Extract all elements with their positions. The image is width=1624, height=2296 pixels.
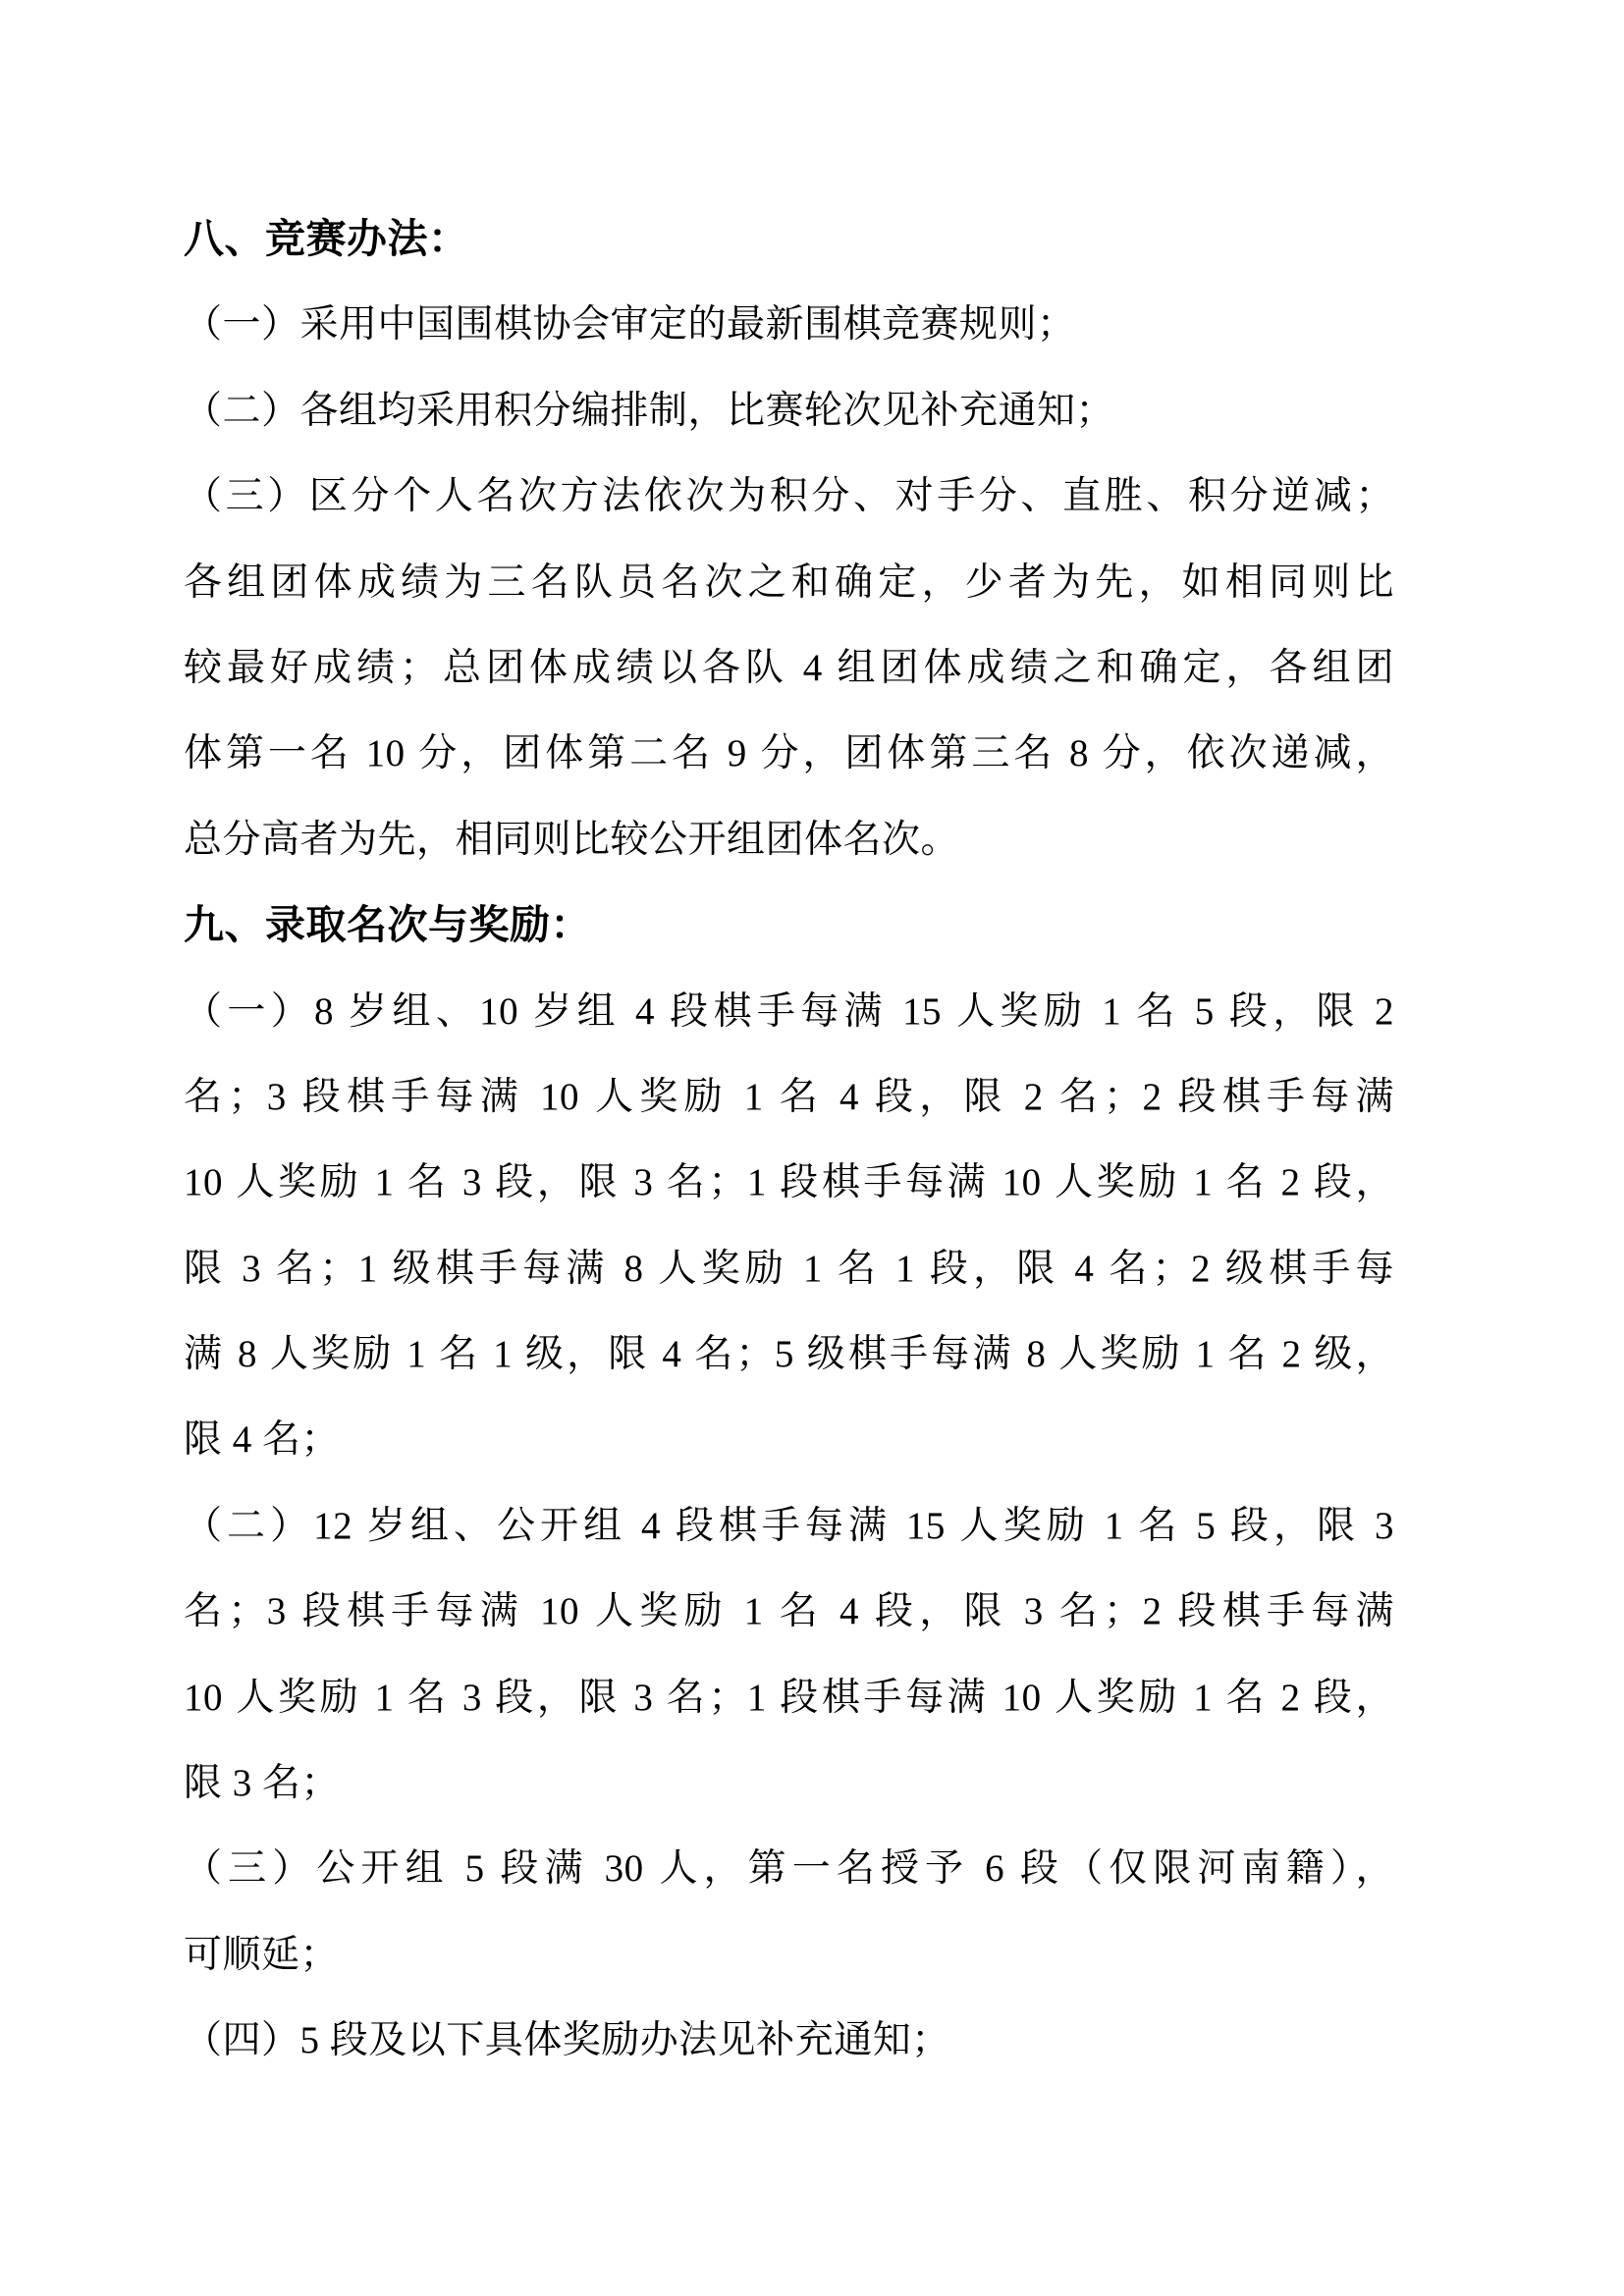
text-line: 可顺延；: [184, 1912, 1394, 1998]
section-heading-competition-method: 八、竞赛办法：: [184, 196, 1394, 282]
text-line: 名；3 段棋手每满 10 人奖励 1 名 4 段，限 2 名；2 段棋手每满: [184, 1054, 1394, 1140]
text-line: （二）12 岁组、公开组 4 段棋手每满 15 人奖励 1 名 5 段，限 3: [184, 1483, 1394, 1569]
text-line: （三）公开组 5 段满 30 人，第一名授予 6 段（仅限河南籍），: [184, 1826, 1394, 1911]
text-line: 满 8 人奖励 1 名 1 级，限 4 名；5 级棋手每满 8 人奖励 1 名 …: [184, 1311, 1394, 1397]
document-text-block: 八、竞赛办法： （一）采用中国围棋协会审定的最新围棋竞赛规则； （二）各组均采用…: [184, 196, 1394, 2084]
text-line: 限 3 名；1 级棋手每满 8 人奖励 1 名 1 段，限 4 名；2 级棋手每: [184, 1226, 1394, 1311]
text-line: （一）采用中国围棋协会审定的最新围棋竞赛规则；: [184, 282, 1394, 367]
document-page: 八、竞赛办法： （一）采用中国围棋协会审定的最新围棋竞赛规则； （二）各组均采用…: [0, 0, 1624, 2296]
text-line: 较最好成绩；总团体成绩以各队 4 组团体成绩之和确定，各组团: [184, 625, 1394, 711]
text-line: 10 人奖励 1 名 3 段，限 3 名；1 段棋手每满 10 人奖励 1 名 …: [184, 1140, 1394, 1225]
text-line: 名；3 段棋手每满 10 人奖励 1 名 4 段，限 3 名；2 段棋手每满: [184, 1569, 1394, 1654]
text-line: （一）8 岁组、10 岁组 4 段棋手每满 15 人奖励 1 名 5 段，限 2: [184, 969, 1394, 1054]
text-line: 限 3 名；: [184, 1740, 1394, 1826]
text-line: 限 4 名；: [184, 1397, 1394, 1482]
text-line: 总分高者为先，相同则比较公开组团体名次。: [184, 797, 1394, 882]
text-line: 各组团体成绩为三名队员名次之和确定，少者为先，如相同则比: [184, 540, 1394, 625]
text-line: （三）区分个人名次方法依次为积分、对手分、直胜、积分逆减；: [184, 454, 1394, 539]
section-heading-awards: 九、录取名次与奖励：: [184, 882, 1394, 968]
text-line: （二）各组均采用积分编排制，比赛轮次见补充通知；: [184, 368, 1394, 454]
text-line: （四）5 段及以下具体奖励办法见补充通知；: [184, 1998, 1394, 2083]
text-line: 10 人奖励 1 名 3 段，限 3 名；1 段棋手每满 10 人奖励 1 名 …: [184, 1655, 1394, 1740]
text-line: 体第一名 10 分，团体第二名 9 分，团体第三名 8 分，依次递减，: [184, 711, 1394, 796]
